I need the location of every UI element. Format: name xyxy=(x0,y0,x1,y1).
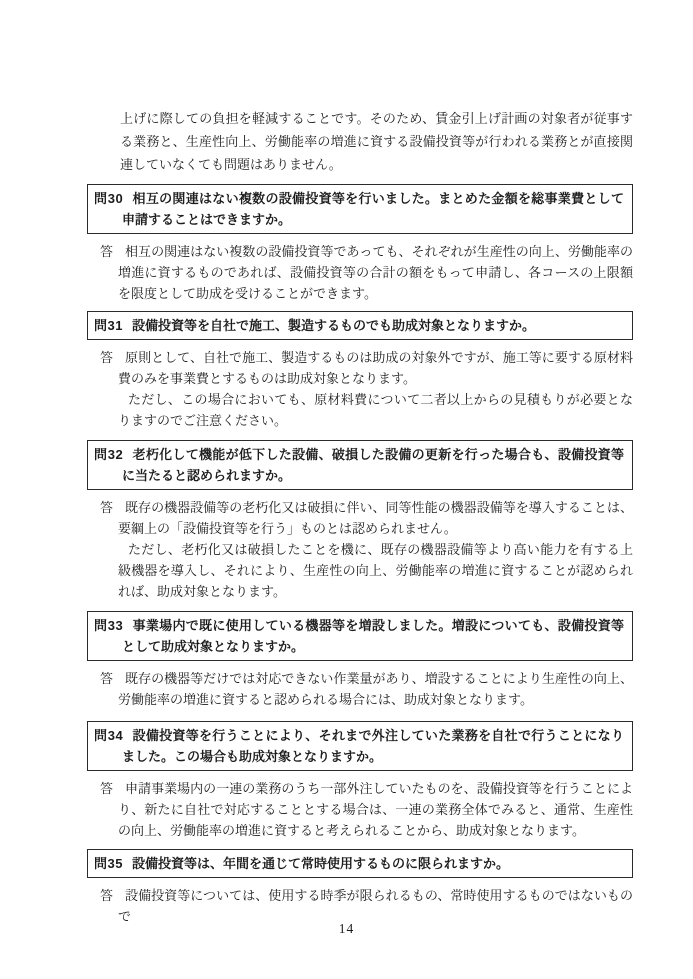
answer-paragraph: 答既存の機器設備等の老朽化又は破損に伴い、同等性能の機器設備等を導入することは、… xyxy=(100,497,633,539)
question-text: 設備投資等は、年間を通じて常時使用するものに限られますか。 xyxy=(132,856,509,871)
question-number: 問31 xyxy=(94,318,123,333)
answer-paragraph: 答申請事業場内の一連の業務のうち一部外注していたものを、設備投資等を行うことによ… xyxy=(100,778,633,841)
section-q35: 問35設備投資等は、年間を通じて常時使用するものに限られますか。 答設備投資等に… xyxy=(87,849,633,927)
question-line: 問30相互の関連はない複数の設備投資等を行いました。まとめた金額を総事業費として… xyxy=(94,188,624,230)
question-box-35: 問35設備投資等は、年間を通じて常時使用するものに限られますか。 xyxy=(87,849,633,878)
answer-label: 答 xyxy=(100,888,113,903)
section-q32: 問32老朽化して機能が低下した設備、破損した設備の更新を行った場合も、設備投資等… xyxy=(87,440,633,602)
answer-paragraph: ただし、老朽化又は破損したことを機に、既存の機器設備等より高い能力を有する上級機… xyxy=(100,539,633,602)
answer-paragraph: ただし、この場合においても、原材料費について二者以上からの見積もりが必要となりま… xyxy=(100,389,633,431)
answer-label: 答 xyxy=(100,350,113,365)
answer-text: 相互の関連はない複数の設備投資等であっても、それぞれが生産性の向上、労働能率の増… xyxy=(118,244,633,301)
answer-block-32: 答既存の機器設備等の老朽化又は破損に伴い、同等性能の機器設備等を導入することは、… xyxy=(100,497,633,602)
question-text: 相互の関連はない複数の設備投資等を行いました。まとめた金額を総事業費として申請す… xyxy=(122,191,624,227)
question-box-31: 問31設備投資等を自社で施工、製造するものでも助成対象となりますか。 xyxy=(87,311,633,340)
question-line: 問34設備投資等を行うことにより、それまで外注していた業務を自社で行うことになり… xyxy=(94,725,624,767)
question-text: 老朽化して機能が低下した設備、破損した設備の更新を行った場合も、設備投資等に当た… xyxy=(122,447,624,483)
question-text: 設備投資等を行うことにより、それまで外注していた業務を自社で行うことになりました… xyxy=(122,728,624,764)
answer-label: 答 xyxy=(100,244,113,259)
question-box-32: 問32老朽化して機能が低下した設備、破損した設備の更新を行った場合も、設備投資等… xyxy=(87,440,633,490)
answer-block-34: 答申請事業場内の一連の業務のうち一部外注していたものを、設備投資等を行うことによ… xyxy=(100,778,633,841)
answer-text: 既存の機器設備等の老朽化又は破損に伴い、同等性能の機器設備等を導入することは、要… xyxy=(118,500,633,536)
question-box-34: 問34設備投資等を行うことにより、それまで外注していた業務を自社で行うことになり… xyxy=(87,721,633,771)
question-box-33: 問33事業場内で既に使用している機器等を増設しました。増設についても、設備投資等… xyxy=(87,611,633,661)
answer-text: 申請事業場内の一連の業務のうち一部外注していたものを、設備投資等を行うことにより… xyxy=(118,781,633,838)
answer-label: 答 xyxy=(100,781,113,796)
answer-block-33: 答既存の機器等だけでは対応できない作業量があり、増設することにより生産性の向上、… xyxy=(100,668,633,710)
document-page: 上げに際しての負担を軽減することです。そのため、賃金引上げ計画の対象者が従事する… xyxy=(0,0,693,979)
answer-paragraph: 答相互の関連はない複数の設備投資等であっても、それぞれが生産性の向上、労働能率の… xyxy=(100,241,633,304)
question-text: 事業場内で既に使用している機器等を増設しました。増設についても、設備投資等として… xyxy=(122,618,624,654)
question-line: 問35設備投資等は、年間を通じて常時使用するものに限られますか。 xyxy=(94,853,624,874)
question-line: 問32老朽化して機能が低下した設備、破損した設備の更新を行った場合も、設備投資等… xyxy=(94,444,624,486)
answer-label: 答 xyxy=(100,500,113,515)
answer-text: 設備投資等については、使用する時季が限られるもの、常時使用するものではないもので xyxy=(118,888,633,924)
section-q30: 問30相互の関連はない複数の設備投資等を行いました。まとめた金額を総事業費として… xyxy=(87,184,633,304)
question-line: 問31設備投資等を自社で施工、製造するものでも助成対象となりますか。 xyxy=(94,315,624,336)
section-q31: 問31設備投資等を自社で施工、製造するものでも助成対象となりますか。 答原則とし… xyxy=(87,311,633,431)
question-number: 問33 xyxy=(94,618,123,633)
question-box-30: 問30相互の関連はない複数の設備投資等を行いました。まとめた金額を総事業費として… xyxy=(87,184,633,234)
question-text: 設備投資等を自社で施工、製造するものでも助成対象となりますか。 xyxy=(132,318,535,333)
question-number: 問30 xyxy=(94,191,123,206)
answer-paragraph: 答既存の機器等だけでは対応できない作業量があり、増設することにより生産性の向上、… xyxy=(100,668,633,710)
answer-block-30: 答相互の関連はない複数の設備投資等であっても、それぞれが生産性の向上、労働能率の… xyxy=(100,241,633,304)
answer-text: 原則として、自社で施工、製造するものは助成の対象外ですが、施工等に要する原材料費… xyxy=(118,350,633,386)
section-q33: 問33事業場内で既に使用している機器等を増設しました。増設についても、設備投資等… xyxy=(87,611,633,710)
answer-block-31: 答原則として、自社で施工、製造するものは助成の対象外ですが、施工等に要する原材料… xyxy=(100,347,633,431)
intro-paragraph: 上げに際しての負担を軽減することです。そのため、賃金引上げ計画の対象者が従事する… xyxy=(120,107,633,176)
question-number: 問34 xyxy=(94,728,123,743)
answer-text: 既存の機器等だけでは対応できない作業量があり、増設することにより生産性の向上、労… xyxy=(118,671,633,707)
question-line: 問33事業場内で既に使用している機器等を増設しました。増設についても、設備投資等… xyxy=(94,615,624,657)
page-number: 14 xyxy=(0,921,693,937)
answer-paragraph: 答原則として、自社で施工、製造するものは助成の対象外ですが、施工等に要する原材料… xyxy=(100,347,633,389)
answer-label: 答 xyxy=(100,671,113,686)
section-q34: 問34設備投資等を行うことにより、それまで外注していた業務を自社で行うことになり… xyxy=(87,721,633,841)
question-number: 問35 xyxy=(94,856,123,871)
question-number: 問32 xyxy=(94,447,123,462)
